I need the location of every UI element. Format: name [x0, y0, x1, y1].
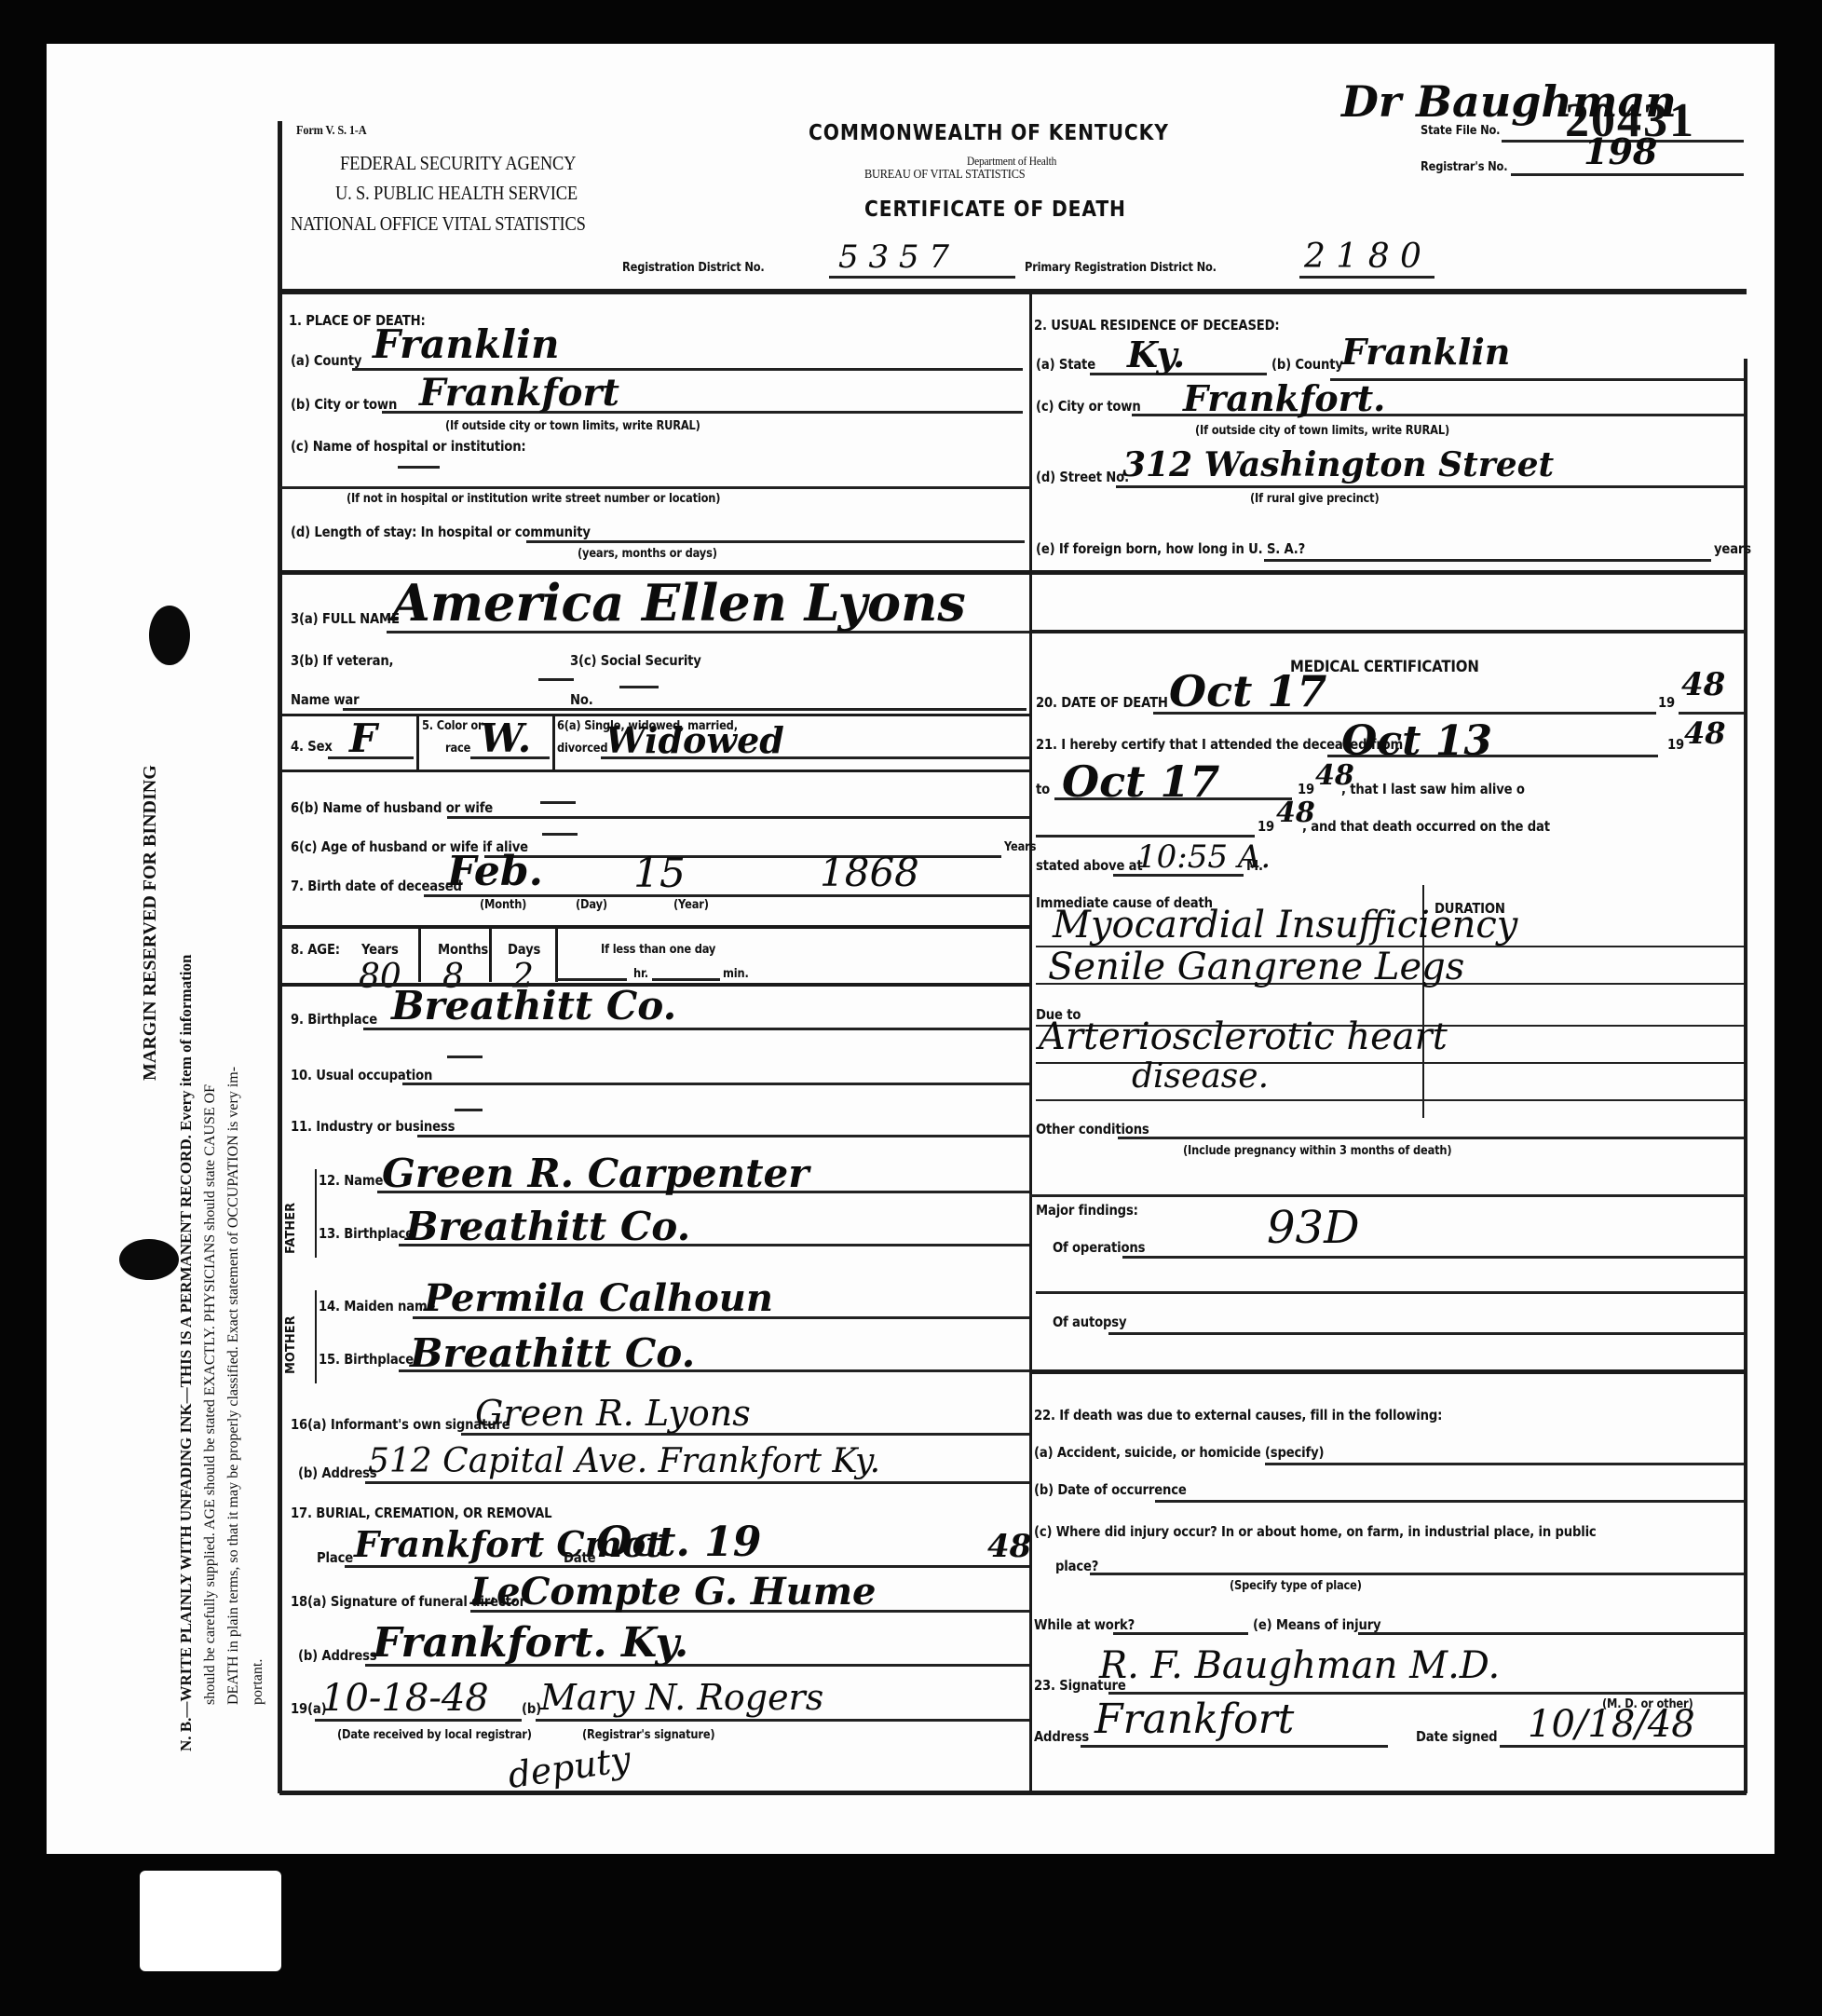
cell-divider: [552, 714, 555, 770]
occupation-value-dash: [447, 1056, 483, 1058]
certifier-address-line: [1081, 1745, 1388, 1748]
lt-day-label: If less than one day: [601, 943, 715, 957]
res-city-hint: (If outside city of town limits, write R…: [1195, 424, 1449, 438]
informant-address-value: 512 Capital Ave. Frankfort Ky.: [368, 1442, 880, 1480]
industry-label: 11. Industry or business: [291, 1118, 455, 1135]
reg-district-field-line: [829, 276, 1015, 279]
father-birthplace-label: 13. Birthplace: [319, 1225, 414, 1242]
marital-label-2: divorced: [557, 742, 607, 756]
stay-label: (d) Length of stay: In hospital or commu…: [291, 524, 591, 540]
hospital-label: (c) Name of hospital or institution:: [291, 438, 526, 455]
father-name-label: 12. Name: [319, 1172, 383, 1189]
res-foreign-unit: years: [1714, 540, 1751, 557]
cause-line: [1036, 1099, 1744, 1101]
sex-value: F: [349, 715, 377, 761]
informant-address-label: (b) Address: [298, 1464, 376, 1481]
mother-name-label: 14. Maiden name: [319, 1298, 435, 1314]
spouse-age-field-line: [484, 855, 1001, 858]
date-of-death-value: Oct 17: [1169, 666, 1326, 716]
means-of-injury-field-line: [1358, 1632, 1744, 1635]
of-autopsy-label: Of autopsy: [1053, 1314, 1126, 1330]
res-county-value: Franklin: [1341, 331, 1510, 373]
primary-reg-field-line: [1299, 276, 1434, 279]
burial-date-value: Oct. 19: [596, 1519, 761, 1566]
medical-divider: [1029, 630, 1747, 633]
received-date-value: 10-18-48: [321, 1677, 489, 1720]
binding-hole: [149, 606, 190, 665]
date-of-death-label: 20. DATE OF DEATH: [1036, 694, 1168, 711]
hospital-field-line: [279, 486, 1029, 489]
industry-field-line: [417, 1135, 1029, 1137]
reg-district-value: 5 3 5 7: [838, 238, 949, 276]
department-label: Department of Health: [967, 154, 1056, 169]
mother-birthplace-label: 15. Birthplace: [319, 1351, 414, 1368]
hr-field-line: [557, 978, 627, 981]
father-bracket: [315, 1169, 317, 1258]
mother-birthplace-value: Breathitt Co.: [410, 1330, 695, 1376]
registrar-sig-label: (b): [522, 1700, 541, 1717]
occupation-label: 10. Usual occupation: [291, 1067, 432, 1083]
full-name-label: 3(a) FULL NAME: [291, 610, 400, 627]
city-value: Frankfort: [419, 371, 619, 415]
fd-address-value: Frankfort. Ky.: [373, 1619, 688, 1667]
dod-year-line: [1679, 712, 1744, 715]
res-city-label: (c) City or town: [1036, 398, 1141, 415]
burial-date-label: Date: [564, 1549, 595, 1566]
frame-bottom-border: [279, 1791, 1747, 1795]
min-label: min.: [723, 967, 749, 981]
classification-code: 93D: [1267, 1202, 1360, 1254]
attended-to-value: Oct 17: [1062, 756, 1219, 807]
dod-year-value: 48: [1681, 666, 1725, 703]
cause-line-2: Senile Gangrene Legs: [1048, 946, 1464, 988]
industry-value-dash: [455, 1109, 483, 1111]
of-operations-label: Of operations: [1053, 1239, 1145, 1256]
death-occurred-label: , and that death occurred on the dat: [1302, 818, 1550, 835]
operations-field-line: [1122, 1256, 1744, 1259]
res-street-field-line: [1116, 485, 1744, 488]
sex-label: 4. Sex: [291, 738, 333, 755]
informant-address-field-line: [365, 1481, 1029, 1484]
bureau-label: BUREAU OF VITAL STATISTICS: [864, 168, 1025, 183]
frame-left-border: [278, 121, 282, 1793]
age-months-label: Months: [438, 941, 488, 958]
means-of-injury-label: (e) Means of injury: [1253, 1616, 1380, 1633]
autopsy-field-line: [1108, 1332, 1744, 1335]
res-state-value: Ky.: [1127, 334, 1185, 375]
external-c-field-line: [1090, 1573, 1744, 1575]
registrar-no-field-line: [1511, 173, 1744, 176]
stated-above-label: stated above at: [1036, 857, 1143, 874]
row-divider: [279, 714, 1029, 716]
cause-line-4: disease.: [1132, 1057, 1269, 1096]
external-c-label: (c) Where did injury occur? In or about …: [1034, 1523, 1597, 1540]
spouse-age-unit: Years: [1004, 840, 1036, 854]
occupation-field-line: [402, 1083, 1029, 1085]
external-b-field-line: [1155, 1500, 1744, 1503]
county-label: (a) County: [291, 352, 361, 369]
cell-divider: [418, 928, 421, 982]
fd-address-label: (b) Address: [298, 1647, 376, 1664]
time-suffix: M.: [1246, 857, 1263, 874]
father-name-value: Green R. Carpenter: [382, 1151, 809, 1196]
day-hint: (Day): [576, 898, 607, 912]
war-value-dash: [538, 678, 574, 681]
birthplace-label: 9. Birthplace: [291, 1011, 377, 1028]
spouse-field-line: [447, 816, 1029, 819]
birth-month-value: Feb.: [447, 848, 543, 895]
external-c-hint: (Specify type of place): [1230, 1579, 1362, 1593]
header-divider: [279, 289, 1747, 294]
registrar-sig-hint: (Registrar's signature): [582, 1728, 714, 1742]
primary-reg-value: 2 1 8 0: [1304, 238, 1421, 276]
res-county-label: (b) County: [1271, 356, 1343, 373]
month-hint: (Month): [480, 898, 526, 912]
external-a-field-line: [1265, 1463, 1744, 1465]
color-label: 5. Color or: [422, 719, 483, 733]
external-heading: 22. If death was due to external causes,…: [1034, 1407, 1442, 1423]
operations-field-line-2: [1036, 1291, 1744, 1294]
funeral-director-signature: LeCompte G. Hume: [470, 1570, 876, 1614]
marital-value: Widowed: [605, 719, 784, 761]
hospital-value-dash: [398, 466, 440, 469]
full-name-value: America Ellen Lyons: [391, 573, 966, 633]
spouse-label: 6(b) Name of husband or wife: [291, 799, 493, 816]
attended-to-label: to: [1036, 781, 1050, 797]
attended-from-year-prefix: 19: [1667, 736, 1684, 753]
cell-divider: [416, 714, 419, 770]
date-signed-label: Date signed: [1416, 1728, 1497, 1745]
certifier-signature-line: [1108, 1692, 1744, 1695]
father-birthplace-value: Breathitt Co.: [405, 1204, 690, 1249]
race-label: race: [445, 742, 470, 756]
agency-line: FEDERAL SECURITY AGENCY: [340, 152, 576, 175]
informant-signature: Green R. Lyons: [475, 1393, 751, 1434]
agency-line: NATIONAL OFFICE VITAL STATISTICS: [291, 212, 586, 236]
attended-to-year-prefix: 19: [1298, 781, 1314, 797]
other-conditions-hint: (Include pregnancy within 3 months of de…: [1183, 1144, 1451, 1158]
major-findings-label: Major findings:: [1036, 1202, 1138, 1219]
cell-divider: [489, 928, 492, 982]
external-a-label: (a) Accident, suicide, or homicide (spec…: [1034, 1444, 1324, 1461]
form-number: Form V. S. 1-A: [296, 124, 366, 139]
primary-reg-label: Primary Registration District No.: [1025, 261, 1217, 275]
birth-date-label: 7. Birth date of deceased: [291, 878, 462, 894]
external-divider: [1029, 1369, 1747, 1374]
min-field-line: [652, 978, 720, 981]
res-state-label: (a) State: [1036, 356, 1095, 373]
res-street-label: (d) Street No.: [1036, 469, 1129, 485]
spouse-value-dash: [540, 801, 576, 804]
stay-field-line: [526, 540, 1025, 543]
cause-line-3: Arteriosclerotic heart: [1039, 1015, 1448, 1058]
spouse-age-dash: [542, 833, 578, 836]
ss-no-label: No.: [570, 691, 593, 708]
res-county-field-line: [1330, 378, 1744, 381]
margin-note-line: DEATH in plain terms, so that it may be …: [225, 1067, 242, 1705]
cell-divider: [555, 928, 558, 982]
hr-label: hr.: [633, 967, 648, 981]
certifier-signature: R. F. Baughman M.D.: [1099, 1644, 1500, 1687]
received-hint: (Date received by local registrar): [337, 1728, 532, 1742]
certifier-address-label: Address: [1034, 1728, 1089, 1745]
birth-year-value: 1868: [820, 850, 919, 895]
birth-day-value: 15: [633, 850, 686, 897]
res-street-value: 312 Washington Street: [1122, 445, 1554, 484]
age-days-label: Days: [508, 941, 540, 958]
age-label: 8. AGE:: [291, 941, 340, 958]
registrar-no-label: Registrar's No.: [1421, 160, 1507, 174]
father-tag: FATHER: [284, 1203, 298, 1254]
findings-divider: [1029, 1194, 1747, 1197]
attended-from-value: Oct 13: [1341, 717, 1492, 765]
agency-line: U. S. PUBLIC HEALTH SERVICE: [335, 182, 578, 205]
last-saw-year-prefix: 19: [1258, 818, 1274, 835]
state-title: COMMONWEALTH OF KENTUCKY: [809, 121, 1169, 145]
ss-value-dash: [619, 686, 659, 688]
scan-label-stub: [140, 1871, 281, 1971]
attended-from-year: 48: [1684, 715, 1726, 751]
year-hint: (Year): [673, 898, 709, 912]
race-value: W.: [480, 715, 531, 761]
registrar-no-value: 198: [1584, 130, 1657, 172]
burial-place-label: Place: [317, 1549, 353, 1566]
date-signed-value: 10/18/48: [1528, 1703, 1695, 1746]
while-at-work-field-line: [1113, 1632, 1248, 1635]
mother-bracket: [315, 1290, 317, 1383]
res-foreign-label: (e) If foreign born, how long in U. S. A…: [1036, 540, 1305, 557]
social-security-label: 3(c) Social Security: [570, 652, 701, 669]
birthplace-value: Breathitt Co.: [391, 983, 676, 1028]
reg-district-label: Registration District No.: [622, 261, 765, 275]
mother-name-value: Permila Calhoun: [424, 1276, 773, 1320]
burial-date-year: 48: [987, 1528, 1031, 1565]
cause-line-1: Myocardial Insufficiency: [1053, 904, 1517, 947]
res-street-hint: (If rural give precinct): [1250, 492, 1380, 506]
certifier-address-value: Frankfort: [1095, 1696, 1294, 1743]
while-at-work-label: While at work?: [1034, 1616, 1135, 1633]
age-years-label: Years: [361, 941, 399, 958]
row-divider: [279, 925, 1029, 929]
other-conditions-line: [1118, 1137, 1744, 1139]
war-label: Name war: [291, 691, 359, 708]
last-saw-line: [1036, 835, 1255, 838]
res-foreign-field-line: [1264, 559, 1711, 562]
dod-year-prefix: 19: [1658, 694, 1675, 711]
ss-field-line: [589, 708, 1027, 711]
city-hint: (If outside city or town limits, write R…: [445, 419, 700, 433]
other-conditions-label: Other conditions: [1036, 1121, 1149, 1137]
veteran-label: 3(b) If veteran,: [291, 652, 393, 669]
registrar-sig-field-line: [536, 1719, 1029, 1722]
margin-note-line: N. B.—WRITE PLAINLY WITH UNFADING INK—TH…: [177, 955, 196, 1751]
column-divider: [1029, 292, 1032, 1793]
binding-hole: [119, 1239, 179, 1280]
margin-note-line: portant.: [250, 1659, 266, 1705]
certificate-title: CERTIFICATE OF DEATH: [864, 198, 1126, 222]
stay-hint: (years, months or days): [578, 547, 717, 561]
margin-binding-label: MARGIN RESERVED FOR BINDING: [140, 765, 161, 1081]
burial-heading: 17. BURIAL, CREMATION, OR REMOVAL: [291, 1505, 551, 1521]
external-b-label: (b) Date of occurrence: [1034, 1481, 1187, 1498]
mother-tag: MOTHER: [284, 1315, 298, 1374]
hospital-hint: (If not in hospital or institution write…: [347, 492, 720, 506]
row-divider: [279, 770, 1029, 772]
county-value: Franklin: [373, 321, 560, 367]
residence-heading: 2. USUAL RESIDENCE OF DECEASED:: [1034, 317, 1280, 334]
top-annotation: Dr Baughman: [1341, 76, 1677, 127]
margin-note-line: should be carefully supplied. AGE should…: [202, 1084, 219, 1705]
res-city-value: Frankfort.: [1183, 377, 1385, 419]
registrar-signature: Mary N. Rogers: [540, 1677, 823, 1718]
last-saw-label: , that I last saw him alive o: [1341, 781, 1525, 797]
